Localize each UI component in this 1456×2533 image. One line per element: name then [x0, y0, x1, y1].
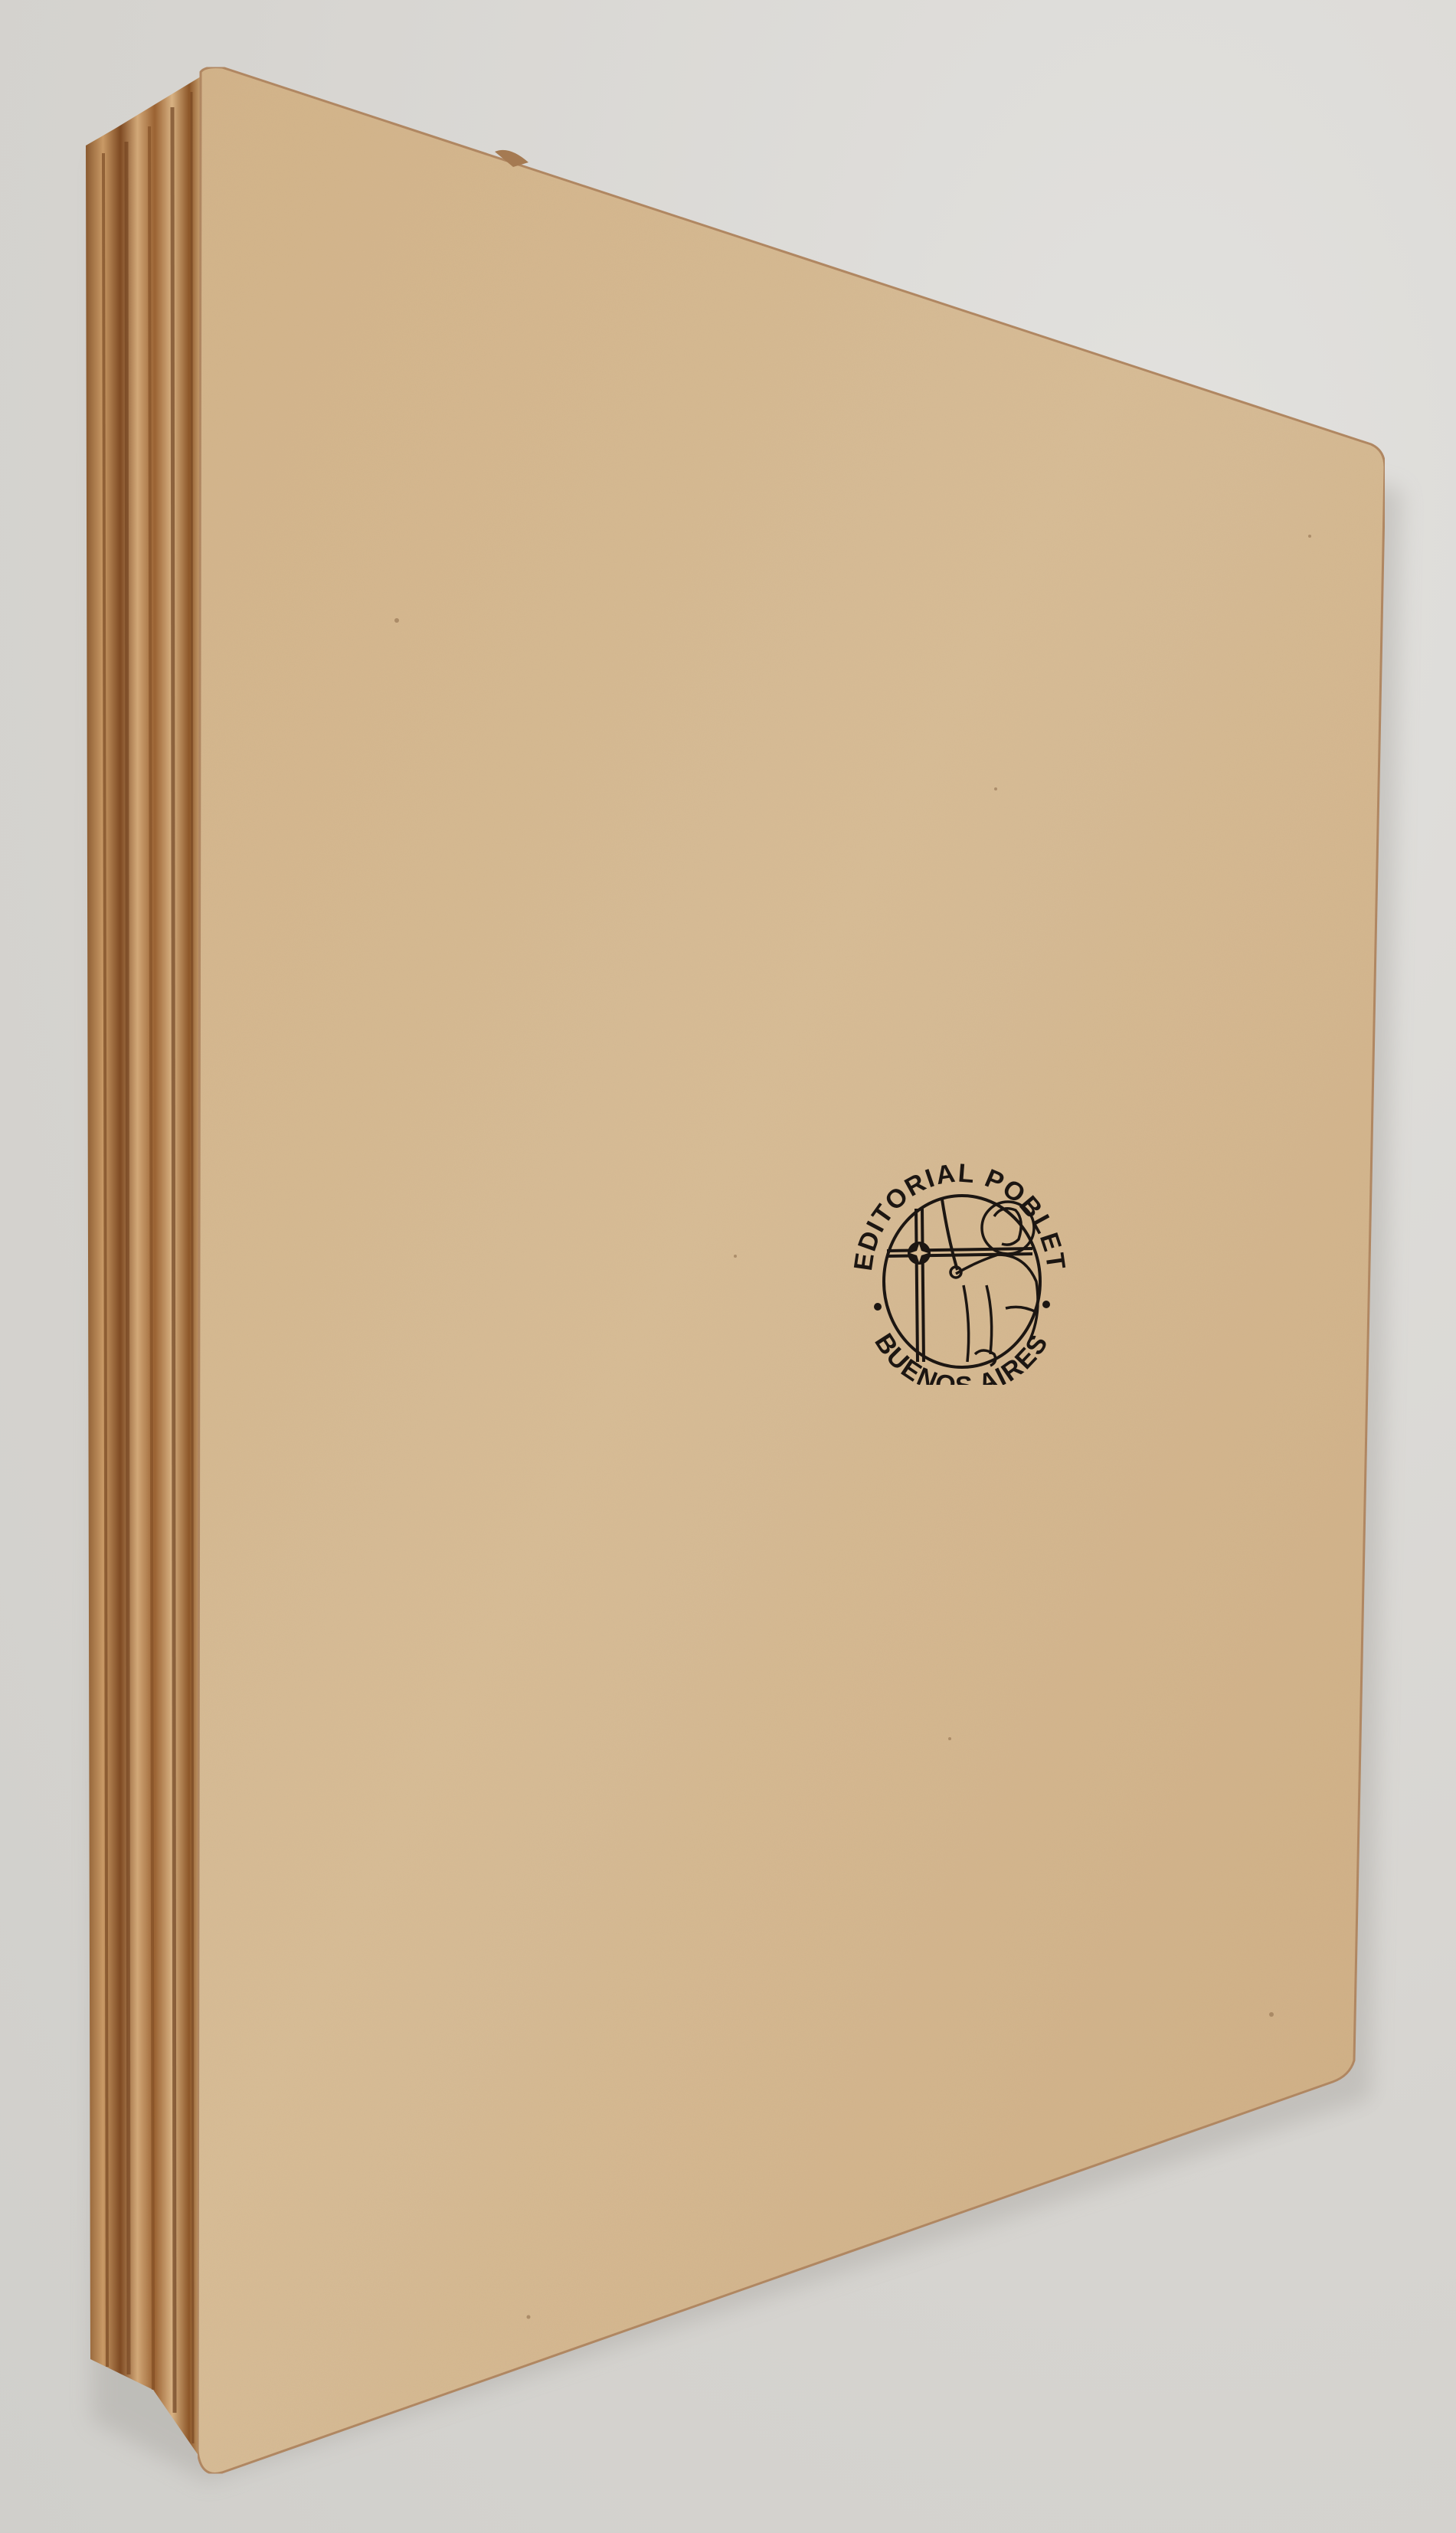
emblem-dot-left [874, 1303, 882, 1311]
emblem-dot-right [1042, 1301, 1050, 1308]
book-cover [198, 67, 1385, 2474]
emblem-circle [884, 1196, 1040, 1367]
window-cross-icon [887, 1209, 1032, 1362]
emblem-bottom-text: BUENOS AIRES [869, 1328, 1054, 1385]
page-edges [86, 77, 201, 2459]
staff-icon [942, 1199, 957, 1270]
book-scene [0, 0, 1456, 2533]
publisher-emblem: EDITORIAL POBLET BUENOS AIRES [841, 1132, 1078, 1385]
